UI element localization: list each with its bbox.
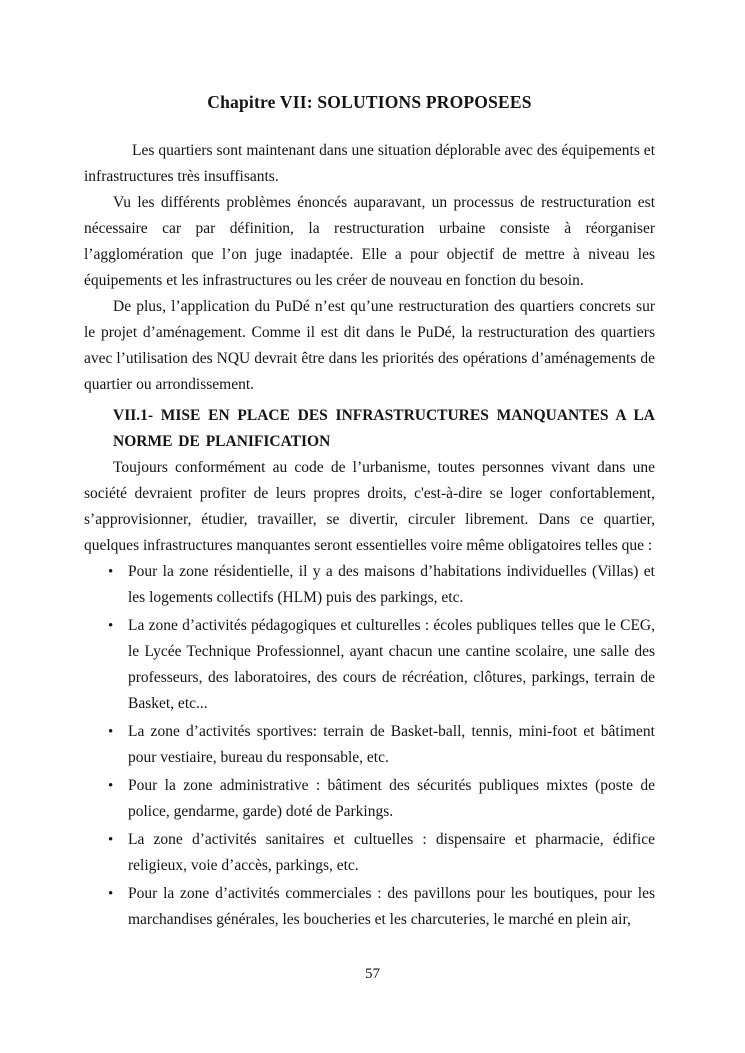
document-page: Chapitre VII: SOLUTIONS PROPOSEES Les qu… <box>0 0 745 1053</box>
list-item-zone-residentielle: • Pour la zone résidentielle, il y a des… <box>84 559 655 611</box>
section-heading-vii1: VII.1- MISE EN PLACE DES INFRASTRUCTURES… <box>113 403 655 455</box>
bullet-icon: • <box>108 719 113 745</box>
list-item-zone-sanitaire: • La zone d’activités sanitaires et cult… <box>84 827 655 879</box>
list-item-text: La zone d’activités pédagogiques et cult… <box>128 617 655 712</box>
section-intro-paragraph: Toujours conformément au code de l’urban… <box>84 455 655 559</box>
infrastructure-bullet-list: • Pour la zone résidentielle, il y a des… <box>84 559 655 933</box>
bullet-icon: • <box>108 773 113 799</box>
list-item-text: La zone d’activités sportives: terrain d… <box>128 723 655 766</box>
chapter-title: Chapitre VII: SOLUTIONS PROPOSEES <box>84 92 655 112</box>
list-item-text: La zone d’activités sanitaires et cultue… <box>128 831 655 874</box>
list-item-zone-pedagogique: • La zone d’activités pédagogiques et cu… <box>84 613 655 717</box>
list-item-zone-commerciale: • Pour la zone d’activités commerciales … <box>84 881 655 933</box>
paragraph-pude: De plus, l’application du PuDé n’est qu’… <box>84 294 655 398</box>
list-item-text: Pour la zone résidentielle, il y a des m… <box>128 563 655 606</box>
list-item-zone-sportive: • La zone d’activités sportives: terrain… <box>84 719 655 771</box>
page-body: Chapitre VII: SOLUTIONS PROPOSEES Les qu… <box>84 92 655 935</box>
list-item-text: Pour la zone administrative : bâtiment d… <box>128 777 655 820</box>
bullet-icon: • <box>108 881 113 907</box>
list-item-zone-administrative: • Pour la zone administrative : bâtiment… <box>84 773 655 825</box>
bullet-icon: • <box>108 559 113 585</box>
list-item-text: Pour la zone d’activités commerciales : … <box>128 885 655 928</box>
paragraph-intro: Les quartiers sont maintenant dans une s… <box>84 138 655 190</box>
page-number: 57 <box>0 966 745 983</box>
bullet-icon: • <box>108 613 113 639</box>
bullet-icon: • <box>108 827 113 853</box>
paragraph-restructuration: Vu les différents problèmes énoncés aupa… <box>84 190 655 294</box>
